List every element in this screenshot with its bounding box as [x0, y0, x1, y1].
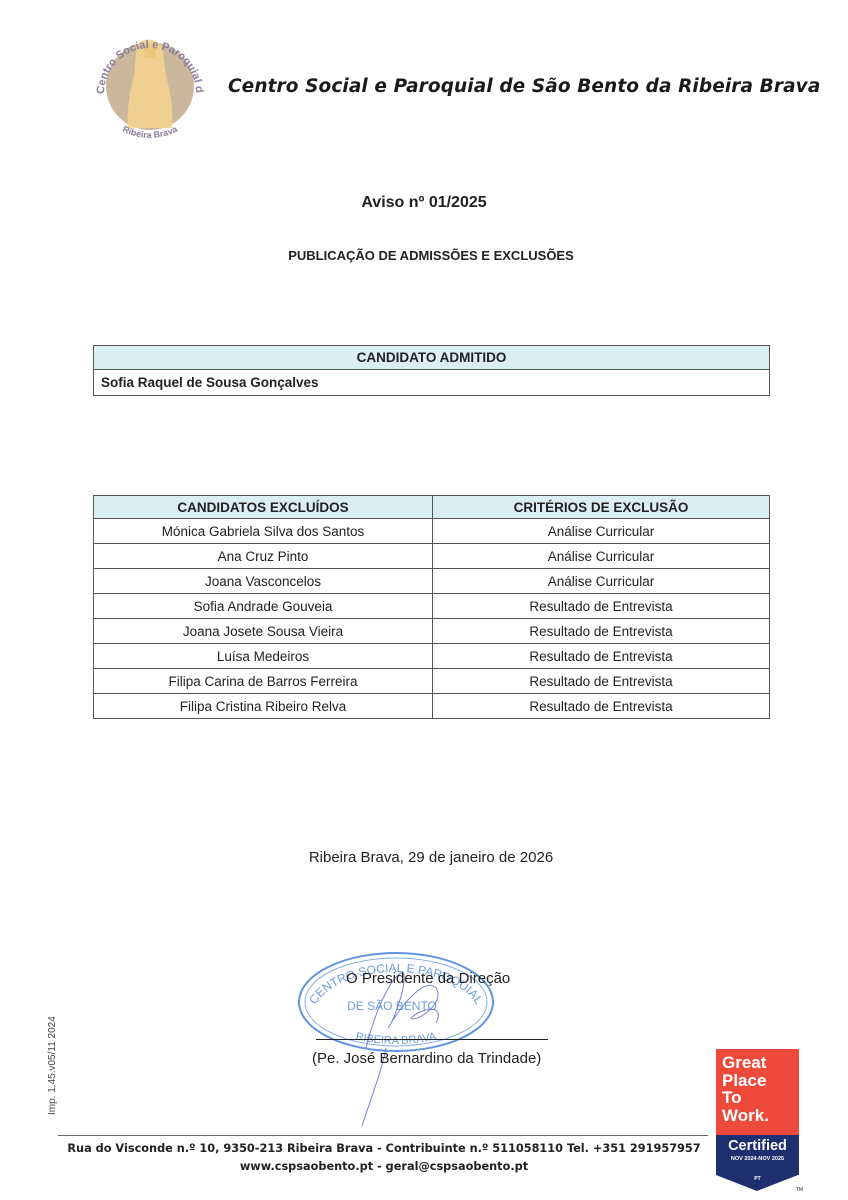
- date-line: Ribeira Brava, 29 de janeiro de 2026: [0, 849, 848, 866]
- exclusion-criterion: Resultado de Entrevista: [433, 644, 770, 669]
- excluded-header-name: CANDIDATOS EXCLUÍDOS: [94, 496, 433, 519]
- excluded-candidate-name: Filipa Cristina Ribeiro Relva: [94, 694, 433, 719]
- badge-title: Great Place To Work.: [716, 1049, 799, 1135]
- exclusion-criterion: Resultado de Entrevista: [433, 669, 770, 694]
- notice-title: Aviso nº 01/2025: [0, 194, 848, 212]
- table-row: Filipa Cristina Ribeiro RelvaResultado d…: [94, 694, 770, 719]
- badge-trademark: TM: [796, 1187, 803, 1193]
- table-row: Joana Josete Sousa VieiraResultado de En…: [94, 619, 770, 644]
- table-row: Joana VasconcelosAnálise Curricular: [94, 569, 770, 594]
- excluded-candidate-name: Ana Cruz Pinto: [94, 544, 433, 569]
- excluded-candidate-name: Sofia Andrade Gouveia: [94, 594, 433, 619]
- excluded-header-criterion: CRITÉRIOS DE EXCLUSÃO: [433, 496, 770, 519]
- table-row: Mónica Gabriela Silva dos SantosAnálise …: [94, 519, 770, 544]
- form-code: Imp. 1.45.v05/11 2024: [47, 1016, 58, 1115]
- excluded-candidate-name: Joana Josete Sousa Vieira: [94, 619, 433, 644]
- exclusion-criterion: Análise Curricular: [433, 544, 770, 569]
- excluded-candidate-name: Luísa Medeiros: [94, 644, 433, 669]
- organization-name: Centro Social e Paroquial de São Bento d…: [228, 76, 820, 97]
- excluded-candidates-table: CANDIDATOS EXCLUÍDOS CRITÉRIOS DE EXCLUS…: [93, 495, 770, 719]
- table-row: Luísa MedeirosResultado de Entrevista: [94, 644, 770, 669]
- table-row: Ana Cruz PintoAnálise Curricular: [94, 544, 770, 569]
- excluded-candidate-name: Joana Vasconcelos: [94, 569, 433, 594]
- signatory-title: O Presidente da Direção: [346, 970, 510, 987]
- excluded-candidate-name: Filipa Carina de Barros Ferreira: [94, 669, 433, 694]
- signatory-name: (Pe. José Bernardino da Trindade): [312, 1050, 541, 1067]
- notice-subtitle: PUBLICAÇÃO DE ADMISSÕES E EXCLUSÕES: [0, 248, 848, 263]
- exclusion-criterion: Análise Curricular: [433, 569, 770, 594]
- admitted-candidate-name: Sofia Raquel de Sousa Gonçalves: [94, 370, 770, 396]
- admitted-candidate-table: CANDIDATO ADMITIDO Sofia Raquel de Sousa…: [93, 345, 770, 396]
- parish-seal-logo: Centro Social e Paroquial de São Bento R…: [82, 16, 218, 152]
- signature-line: [316, 1039, 548, 1040]
- footer-divider: [58, 1135, 708, 1136]
- table-row: Filipa Carina de Barros FerreiraResultad…: [94, 669, 770, 694]
- official-stamp-icon: CENTRO SOCIAL E PAROQUIAL DE SÃO BENTO R…: [296, 948, 496, 1053]
- footer-contact: Rua do Visconde n.º 10, 9350-213 Ribeira…: [48, 1140, 720, 1176]
- footer-address: Rua do Visconde n.º 10, 9350-213 Ribeira…: [48, 1140, 720, 1158]
- excluded-candidate-name: Mónica Gabriela Silva dos Santos: [94, 519, 433, 544]
- badge-certified: Certified NOV 2024-NOV 2025: [716, 1135, 799, 1175]
- exclusion-criterion: Análise Curricular: [433, 519, 770, 544]
- signature-block: CENTRO SOCIAL E PAROQUIAL DE SÃO BENTO R…: [296, 948, 556, 1128]
- footer-web-email: www.cspsaobento.pt - geral@cspsaobento.p…: [48, 1158, 720, 1176]
- table-row: Sofia Andrade GouveiaResultado de Entrev…: [94, 594, 770, 619]
- exclusion-criterion: Resultado de Entrevista: [433, 619, 770, 644]
- exclusion-criterion: Resultado de Entrevista: [433, 694, 770, 719]
- badge-country: PT: [716, 1176, 799, 1182]
- admitted-header: CANDIDATO ADMITIDO: [94, 346, 770, 370]
- great-place-to-work-badge: Great Place To Work. Certified NOV 2024-…: [716, 1049, 799, 1194]
- exclusion-criterion: Resultado de Entrevista: [433, 594, 770, 619]
